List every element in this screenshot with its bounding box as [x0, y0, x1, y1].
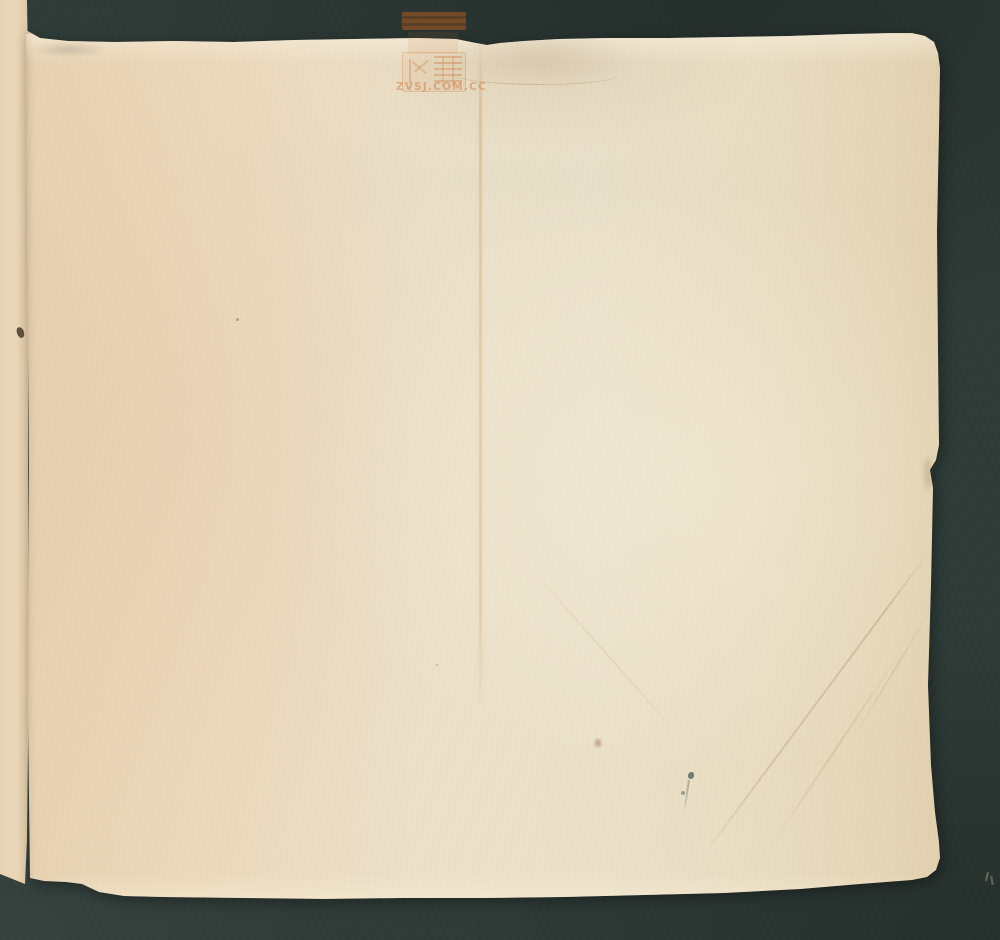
watermark-top-block — [402, 12, 466, 30]
foxing-spot — [593, 737, 603, 749]
page-wrap — [0, 0, 1000, 940]
ink-speck — [681, 791, 685, 795]
dust-speck — [236, 318, 239, 321]
gray-smudge — [30, 42, 108, 57]
ink-hairline — [684, 780, 690, 807]
diagonal-crease — [850, 599, 938, 742]
watermark-url-text: ZVSJ.COM.CC — [396, 81, 492, 93]
watermark-fade — [408, 32, 458, 54]
diagonal-crease — [522, 558, 687, 744]
dust-speck — [436, 664, 438, 666]
blank-book-page — [24, 20, 946, 904]
diagonal-crease — [698, 547, 933, 862]
center-fold-crease — [479, 42, 482, 704]
ink-speck — [688, 772, 694, 779]
bottom-edge-highlight — [54, 874, 914, 898]
spine-fold-shadow — [24, 20, 36, 904]
book-scan-scene: ZVSJ.COM.CC — [0, 0, 1000, 940]
right-edge-notch-shadow — [924, 458, 932, 490]
